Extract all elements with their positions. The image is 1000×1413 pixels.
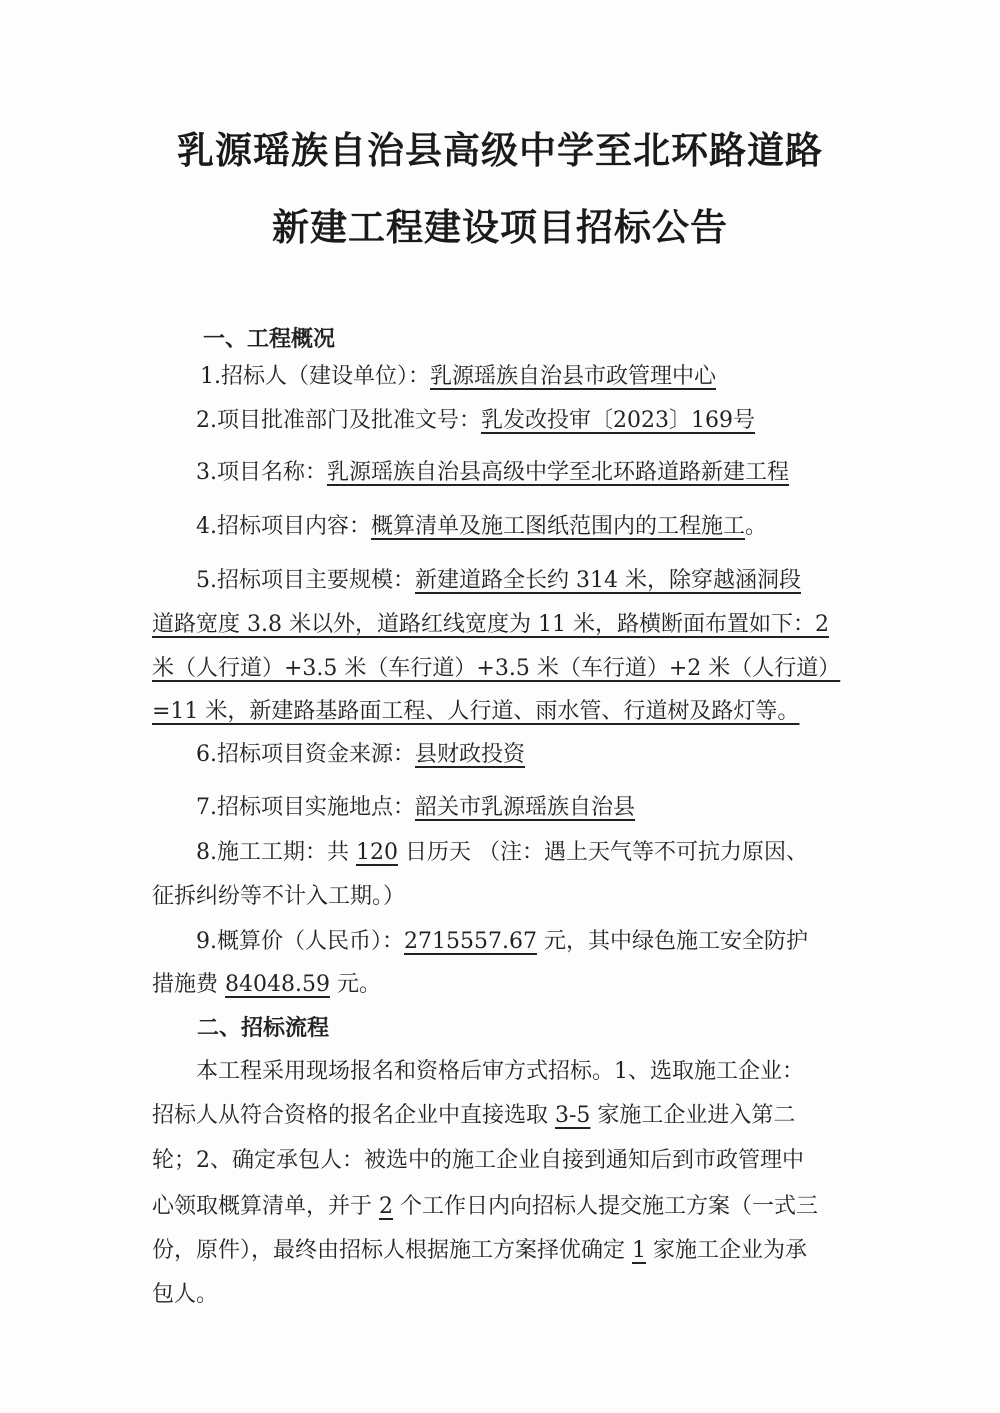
item-suffix: 元，其中绿色施工安全防护: [537, 929, 808, 954]
item-label: 措施费: [152, 972, 225, 997]
item-9-cont: 措施费 84048.59 元。: [152, 970, 381, 1000]
item-8-cont: 征拆纠纷等不计入工期。）: [152, 882, 405, 912]
process-line-1: 本工程采用现场报名和资格后审方式招标。1、选取施工企业：: [196, 1057, 804, 1087]
count-value: 1: [632, 1238, 646, 1263]
item-value: 84048.59: [225, 972, 330, 997]
document-title-line-2: 新建工程建设项目招标公告: [0, 197, 1000, 251]
item-6: 6.招标项目资金来源：县财政投资: [196, 740, 525, 770]
item-label: 9.概算价（人民币）：: [196, 929, 404, 954]
days-value: 2: [379, 1194, 393, 1219]
item-value: 概算清单及施工图纸范围内的工程施工: [371, 514, 745, 539]
item-value: 乳源瑶族自治县高级中学至北环路道路新建工程: [327, 460, 789, 485]
item-2: 2.项目批准部门及批准文号：乳发改投审〔2023〕169号: [196, 406, 755, 436]
text: 个工作日内向招标人提交施工方案（一式三: [393, 1194, 818, 1219]
item-label: 8.施工工期：共: [196, 840, 356, 865]
text: 份，原件），最终由招标人根据施工方案择优确定: [152, 1238, 632, 1263]
text: 心领取概算清单，并于: [152, 1194, 379, 1219]
item-suffix: 元。: [330, 972, 381, 997]
item-5-cont-2: 米（人行道）+3.5 米（车行道）+3.5 米（车行道）+2 米（人行道）: [152, 654, 840, 684]
item-label: 3.项目名称：: [196, 460, 327, 485]
item-5-cont-3: =11 米，新建路基路面工程、人行道、雨水管、行道树及路灯等。: [152, 697, 799, 727]
item-5-cont-1: 道路宽度 3.8 米以外，道路红线宽度为 11 米，路横断面布置如下：2: [152, 610, 829, 640]
item-label: 1.招标人（建设单位）：: [200, 364, 430, 389]
item-1: 1.招标人（建设单位）：乳源瑶族自治县市政管理中心: [200, 362, 716, 392]
item-value: 2715557.67: [404, 929, 537, 954]
item-value: 120: [356, 840, 398, 865]
item-value: 乳发改投审〔2023〕169号: [481, 408, 755, 433]
item-suffix: 日历天 （注：遇上天气等不可抗力原因、: [398, 840, 808, 865]
item-suffix: 。: [745, 514, 767, 539]
text: 家施工企业为承: [646, 1238, 807, 1263]
section-heading-process: 二、招标流程: [197, 1014, 329, 1044]
section-heading-overview: 一、工程概况: [203, 325, 335, 355]
process-line-5: 份，原件），最终由招标人根据施工方案择优确定 1 家施工企业为承: [152, 1236, 807, 1266]
item-4: 4.招标项目内容：概算清单及施工图纸范围内的工程施工。: [196, 512, 767, 542]
item-value: 县财政投资: [415, 742, 525, 767]
process-line-6: 包人。: [152, 1280, 218, 1310]
document-title-line-1: 乳源瑶族自治县高级中学至北环路道路: [0, 120, 1000, 174]
item-value: 韶关市乳源瑶族自治县: [415, 795, 635, 820]
text: 招标人从符合资格的报名企业中直接选取: [152, 1103, 555, 1128]
item-8: 8.施工工期：共 120 日历天 （注：遇上天气等不可抗力原因、: [196, 838, 808, 868]
item-7: 7.招标项目实施地点：韶关市乳源瑶族自治县: [196, 793, 635, 823]
process-line-4: 心领取概算清单，并于 2 个工作日内向招标人提交施工方案（一式三: [152, 1192, 818, 1222]
text: 家施工企业进入第二: [590, 1103, 795, 1128]
item-label: 2.项目批准部门及批准文号：: [196, 408, 481, 433]
item-value: 乳源瑶族自治县市政管理中心: [430, 364, 716, 389]
item-3: 3.项目名称：乳源瑶族自治县高级中学至北环路道路新建工程: [196, 458, 789, 488]
count-value: 3-5: [555, 1103, 590, 1128]
item-label: 5.招标项目主要规模：: [196, 568, 415, 593]
item-label: 6.招标项目资金来源：: [196, 742, 415, 767]
item-label: 7.招标项目实施地点：: [196, 795, 415, 820]
item-5: 5.招标项目主要规模：新建道路全长约 314 米，除穿越涵洞段: [196, 566, 801, 596]
process-line-3: 轮；2、确定承包人：被选中的施工企业自接到通知后到市政管理中: [152, 1146, 804, 1176]
item-value: 新建道路全长约 314 米，除穿越涵洞段: [415, 568, 801, 593]
item-9: 9.概算价（人民币）：2715557.67 元，其中绿色施工安全防护: [196, 927, 808, 957]
process-line-2: 招标人从符合资格的报名企业中直接选取 3-5 家施工企业进入第二: [152, 1101, 795, 1131]
item-label: 4.招标项目内容：: [196, 514, 371, 539]
